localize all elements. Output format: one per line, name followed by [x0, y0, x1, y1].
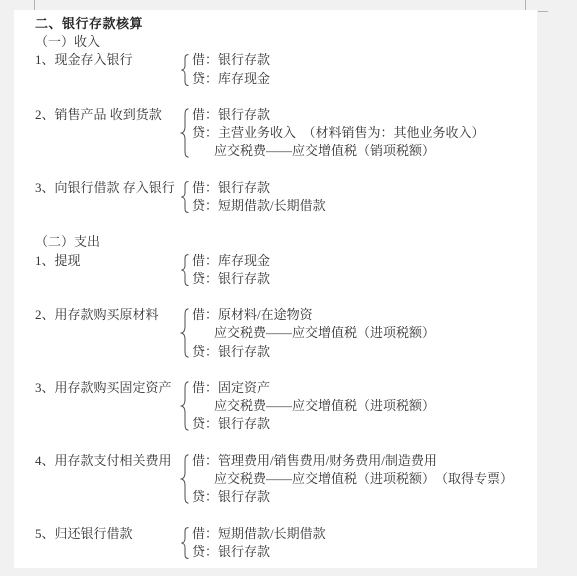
entry-line: 贷：银行存款 — [192, 415, 537, 433]
entry-line: 贷：银行存款 — [192, 543, 537, 561]
entry-group: 5、归还银行借款借：短期借款/长期借款贷：银行存款 — [35, 525, 537, 561]
entry-label: 5、归还银行借款 — [35, 525, 180, 543]
entry-lines: 借：银行存款贷：库存现金 — [192, 51, 537, 87]
entry-label: 2、销售产品 收到货款 — [35, 106, 180, 124]
entry-lines: 借：短期借款/长期借款贷：银行存款 — [192, 525, 537, 561]
entry-line: 应交税费——应交增值税（进项税额） （取得专票） — [192, 470, 537, 488]
entry-group: 4、用存款支付相关费用借：管理费用/销售费用/财务费用/制造费用应交税费——应交… — [35, 452, 537, 507]
entry-line: 贷：银行存款 — [192, 488, 537, 506]
document-page: 二、银行存款核算 （一）收入1、现金存入银行借：银行存款贷：库存现金2、销售产品… — [14, 10, 537, 568]
entry-lines: 借：原材料/在途物资应交税费——应交增值税（进项税额）贷：银行存款 — [192, 306, 537, 361]
entry-line: 借：银行存款 — [192, 179, 537, 197]
entry-line: 贷：银行存款 — [192, 343, 537, 361]
entry-line: 贷：主营业务收入 （材料销售为：其他业务收入） — [192, 124, 537, 142]
curly-brace-icon — [180, 454, 192, 504]
entry-line: 借：银行存款 — [192, 51, 537, 69]
entry-line: 借：原材料/在途物资 — [192, 306, 537, 324]
entry-group: 1、现金存入银行借：银行存款贷：库存现金 — [35, 51, 537, 87]
entry-group: 3、向银行借款 存入银行借：银行存款贷：短期借款/长期借款 — [35, 179, 537, 215]
entry-line: 借：固定资产 — [192, 379, 537, 397]
section: （二）支出1、提现借：库存现金贷：银行存款2、用存款购买原材料借：原材料/在途物… — [35, 233, 537, 561]
entry-label: 2、用存款购买原材料 — [35, 306, 180, 324]
curly-brace-icon — [180, 381, 192, 431]
margin-crop-mark-top-right-horizontal — [538, 11, 548, 12]
entry-lines: 借：银行存款贷：短期借款/长期借款 — [192, 179, 537, 215]
entry-lines: 借：固定资产应交税费——应交增值税（进项税额）贷：银行存款 — [192, 379, 537, 434]
entry-line: 贷：库存现金 — [192, 70, 537, 88]
entry-label: 3、用存款购买固定资产 — [35, 379, 180, 397]
entry-label: 1、现金存入银行 — [35, 51, 180, 69]
entry-label: 4、用存款支付相关费用 — [35, 452, 180, 470]
entry-lines: 借：管理费用/销售费用/财务费用/制造费用应交税费——应交增值税（进项税额） （… — [192, 452, 537, 507]
curly-brace-icon — [180, 181, 192, 213]
section-heading: （二）支出 — [35, 233, 537, 251]
curly-brace-icon — [180, 54, 192, 86]
entry-line: 贷：短期借款/长期借款 — [192, 197, 537, 215]
entry-line: 借：库存现金 — [192, 252, 537, 270]
section-heading: （一）收入 — [35, 33, 537, 51]
entry-label: 3、向银行借款 存入银行 — [35, 179, 180, 197]
entry-group: 2、销售产品 收到货款借：银行存款贷：主营业务收入 （材料销售为：其他业务收入）… — [35, 106, 537, 161]
entry-label: 1、提现 — [35, 252, 180, 270]
entry-line: 应交税费——应交增值税（进项税额） — [192, 397, 537, 415]
entry-line: 借：银行存款 — [192, 106, 537, 124]
curly-brace-icon — [180, 254, 192, 286]
entry-group: 3、用存款购买固定资产借：固定资产应交税费——应交增值税（进项税额）贷：银行存款 — [35, 379, 537, 434]
curly-brace-icon — [180, 108, 192, 158]
entry-line: 借：短期借款/长期借款 — [192, 525, 537, 543]
entry-group: 1、提现借：库存现金贷：银行存款 — [35, 252, 537, 288]
entry-lines: 借：银行存款贷：主营业务收入 （材料销售为：其他业务收入）应交税费——应交增值税… — [192, 106, 537, 161]
doc-title: 二、银行存款核算 — [35, 15, 537, 33]
entry-line: 应交税费——应交增值税（销项税额） — [192, 142, 537, 160]
entry-line: 应交税费——应交增值税（进项税额） — [192, 324, 537, 342]
document-canvas: 二、银行存款核算 （一）收入1、现金存入银行借：银行存款贷：库存现金2、销售产品… — [0, 0, 577, 576]
curly-brace-icon — [180, 527, 192, 559]
entry-group: 2、用存款购买原材料借：原材料/在途物资应交税费——应交增值税（进项税额）贷：银… — [35, 306, 537, 361]
section: （一）收入1、现金存入银行借：银行存款贷：库存现金2、销售产品 收到货款借：银行… — [35, 33, 537, 215]
curly-brace-icon — [180, 308, 192, 358]
doc-body: （一）收入1、现金存入银行借：银行存款贷：库存现金2、销售产品 收到货款借：银行… — [35, 33, 537, 561]
entry-line: 贷：银行存款 — [192, 270, 537, 288]
entry-lines: 借：库存现金贷：银行存款 — [192, 252, 537, 288]
entry-line: 借：管理费用/销售费用/财务费用/制造费用 — [192, 452, 537, 470]
